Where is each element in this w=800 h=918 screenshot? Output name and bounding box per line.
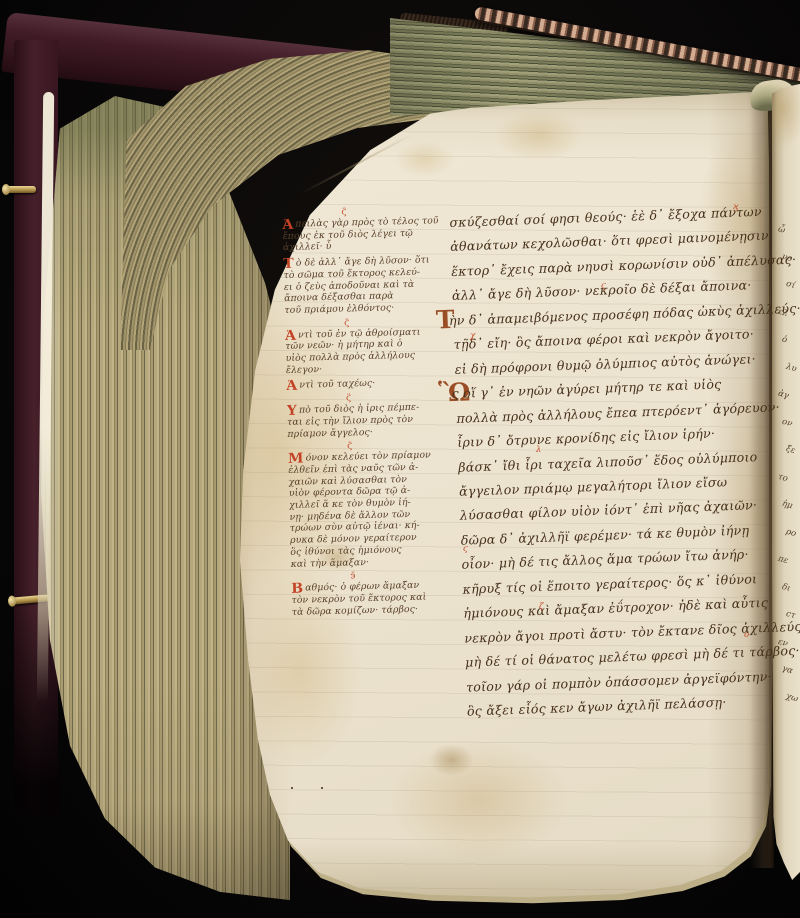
scholion-block: Τὸ δὲ ἀλλ᾽ ἄγε δὴ λῦσον· ὅτιτὸ σῶμα τοῦ … xyxy=(283,254,456,317)
scholion-line: Ἀντὶ τοῦ ταχέως· xyxy=(286,376,458,392)
scholia-column: ϛ̈Ἀπειλὰς γὰρ πρὸς τὸ τέλος τοῦἔπους ἐκ … xyxy=(282,206,464,622)
facing-line-fragment: πε xyxy=(777,555,789,565)
scholion-initial: Μ xyxy=(288,454,304,464)
scholion-block: Ἀντὶ τοῦ ἐν τῷ ἀθροίσματιτῶν νεῶν· ἡ μήτ… xyxy=(285,325,458,376)
ink-dot xyxy=(291,787,293,789)
scholion-block: Ἀντὶ τοῦ ταχέως· xyxy=(286,376,458,392)
facing-line-fragment: ρο xyxy=(785,527,797,537)
interlinear-mark: ϗ xyxy=(733,203,738,211)
interlinear-mark: ϛ xyxy=(601,282,606,290)
scholion-block: Υπὸ τοῦ διὸς ἡ ἶρις πέμπε-ται εἰς τὴν ἴλ… xyxy=(287,401,460,440)
ink-dot xyxy=(321,787,323,789)
interlinear-mark: λ xyxy=(536,446,541,454)
main-text-column: σκύζεσθαί σοί φησι θεούς· ἑὲ δ᾽ ἔξοχα πά… xyxy=(449,200,783,724)
scholion-block: Βαθμός· ὁ φέρων ἅμαξαντὸν νεκρὸν τοῦ ἕκτ… xyxy=(291,579,464,618)
facing-line-fragment: νο xyxy=(781,252,793,263)
facing-line-fragment: λυ xyxy=(785,362,797,373)
scholion-block: Ἀπειλὰς γὰρ πρὸς τὸ τέλος τοῦἔπους ἐκ το… xyxy=(282,215,455,254)
scholion-initial: Β xyxy=(291,584,303,594)
facing-line-fragment: ελ xyxy=(777,307,789,317)
scholion-line: ἀχιλλεῖ· ὗ xyxy=(283,238,455,254)
facing-line-fragment: χω xyxy=(785,692,799,703)
facing-line-fragment: γα xyxy=(781,665,794,676)
scholion-initial: Ἀ xyxy=(282,220,293,230)
scholion-initial: Ἀ xyxy=(286,381,297,391)
clasp-pin-top xyxy=(6,186,36,193)
interlinear-mark: ζ xyxy=(539,603,544,611)
facing-line-fragment: εν xyxy=(777,637,789,647)
scholion-initial: Υ xyxy=(287,406,297,416)
facing-line-fragment: ον xyxy=(781,417,793,428)
scholion-block: Μόνον κελεύει τὸν πρίαμονἐλθεῖν ἐπὶ τὰς … xyxy=(288,449,463,570)
facing-line-fragment: ἡμ xyxy=(781,500,793,511)
scholion-initial: Ἀ xyxy=(285,330,296,340)
manuscript-photo: ϛ̈Ἀπειλὰς γὰρ πρὸς τὸ τέλος τοῦἔπους ἐκ … xyxy=(0,0,800,918)
interlinear-mark: χ xyxy=(470,332,475,340)
facing-line-fragment: ἀγ xyxy=(777,390,790,401)
interlinear-mark: ο xyxy=(744,631,749,639)
scholion-initial: Τ xyxy=(283,259,294,269)
facing-line-fragment: το xyxy=(777,472,789,482)
interlinear-mark: ϛ xyxy=(463,545,468,553)
